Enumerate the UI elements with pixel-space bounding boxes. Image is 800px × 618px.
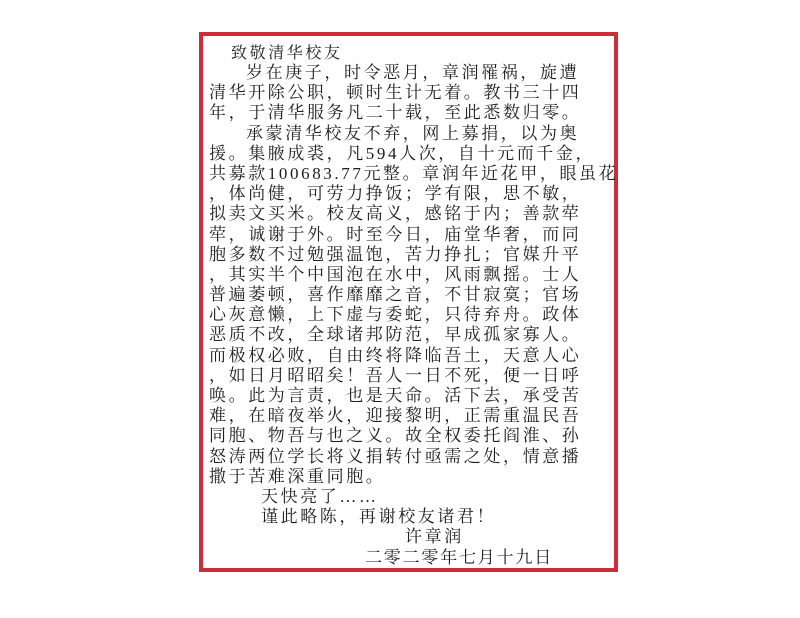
letter-line: 共募款100683.77元整。章润年近花甲，眼虽花 xyxy=(209,164,612,184)
letter-line: 胞多数不过勉强温饱，苦力挣扎；官媒升平 xyxy=(209,245,612,265)
letter-line: 清华开除公职，顿时生计无着。教书三十四 xyxy=(209,83,612,103)
letter-line: 援。集腋成裘，凡594人次，自十元而千金， xyxy=(209,144,612,164)
letter-line: 撒于苦难深重同胞。 xyxy=(209,467,612,487)
letter-content: 致敬清华校友 岁在庚子，时令恶月，章润罹祸，旋遭 清华开除公职，顿时生计无着。教… xyxy=(209,45,612,568)
letter-frame: 致敬清华校友 岁在庚子，时令恶月，章润罹祸，旋遭 清华开除公职，顿时生计无着。教… xyxy=(199,32,618,572)
letter-line: 承蒙清华校友不弃，网上募捐，以为奥 xyxy=(209,124,612,144)
letter-line: 普遍萎顿，喜作靡靡之音，不甘寂寞；官场 xyxy=(209,285,612,305)
letter-line: 岁在庚子，时令恶月，章润罹祸，旋遭 xyxy=(209,63,612,83)
signature: 许章润 xyxy=(209,527,612,547)
letter-line: 心灰意懒，上下虚与委蛇，只待弃舟。政体 xyxy=(209,305,612,325)
letter-line: ，如日月昭昭矣！吾人一日不死，便一日呼 xyxy=(209,366,612,386)
date-line: 二零二零年七月十九日 xyxy=(209,548,612,568)
letter-line: 唤。此为言责，也是天命。活下去，承受苦 xyxy=(209,386,612,406)
page: 致敬清华校友 岁在庚子，时令恶月，章润罹祸，旋遭 清华开除公职，顿时生计无着。教… xyxy=(0,0,800,618)
letter-line: ，体尚健，可劳力挣饭；学有限，思不敏， xyxy=(209,184,612,204)
letter-line: 拟卖文买米。校友高义，感铭于内；善款荦 xyxy=(209,204,612,224)
letter-line: ，其实半个中国泡在水中，风雨飘摇。士人 xyxy=(209,265,612,285)
letter-line: 年，于清华服务凡二十载，至此悉数归零。 xyxy=(209,103,612,123)
letter-title: 致敬清华校友 xyxy=(231,45,612,63)
letter-line: 荦，诚谢于外。时至今日，庙堂华奢，而同 xyxy=(209,225,612,245)
closing-line: 谨此略陈，再谢校友诸君！ xyxy=(209,507,612,527)
letter-line: 而极权必败，自由终将降临吾土，天意人心 xyxy=(209,346,612,366)
letter-line: 同胞、物吾与也之义。故全权委托阎淮、孙 xyxy=(209,426,612,446)
letter-line: 恶质不改，全球诸邦防范，早成孤家寡人。 xyxy=(209,325,612,345)
letter-line: 难，在暗夜举火，迎接黎明，正需重温民吾 xyxy=(209,406,612,426)
closing-line: 天快亮了…… xyxy=(209,487,612,507)
letter-line: 怒涛两位学长将义捐转付亟需之处，情意播 xyxy=(209,447,612,467)
